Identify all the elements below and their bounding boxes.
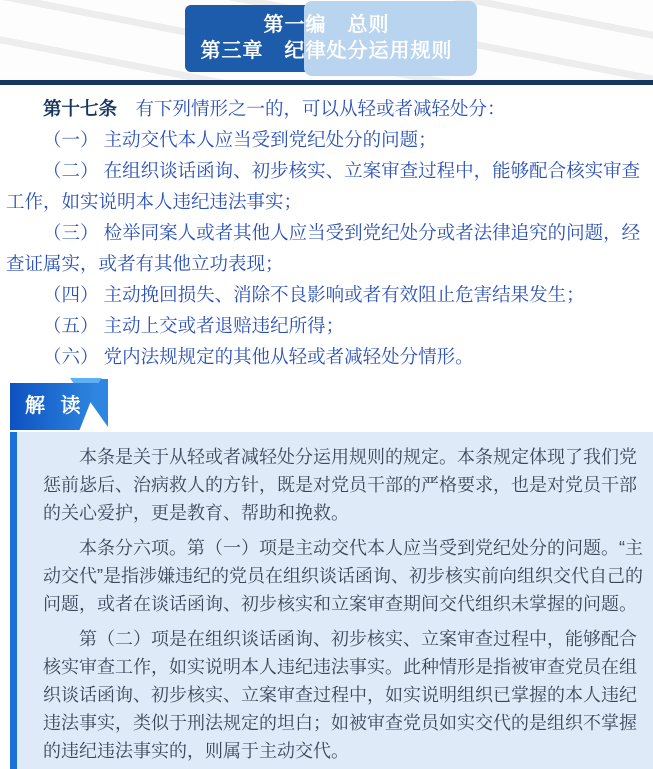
interpretation-accent-bar bbox=[10, 432, 17, 769]
interpretation-paragraph-1: 本条是关于从轻或者减轻处分运用规则的规定。本条规定体现了我们党惩前毖后、治病救人… bbox=[43, 443, 651, 527]
statute-item-1: （一） 主动交代本人应当受到党纪处分的问题； bbox=[6, 124, 647, 155]
document-page: 第一编 总则 第三章 纪律处分运用规则 第十七条 有下列情形之一的，可以从轻或者… bbox=[0, 0, 653, 769]
interpretation-text-box: 本条是关于从轻或者减轻处分运用规则的规定。本条规定体现了我们党惩前毖后、治病救人… bbox=[17, 432, 653, 769]
statute-item-5: （五） 主动上交或者退赔违纪所得； bbox=[6, 310, 647, 341]
interpretation-section: 解 读 本条是关于从轻或者减轻处分运用规则的规定。本条规定体现了我们党惩前毖后、… bbox=[0, 378, 653, 769]
statute-item-4: （四） 主动挽回损失、消除不良影响或者有效阻止危害结果发生； bbox=[6, 279, 647, 310]
statute-item-2: （二） 在组织谈话函询、初步核实、立案审查过程中，能够配合核实审查工作，如实说明… bbox=[6, 155, 647, 217]
header-banner: 第一编 总则 第三章 纪律处分运用规则 bbox=[0, 0, 653, 85]
interpretation-body: 本条是关于从轻或者减轻处分运用规则的规定。本条规定体现了我们党惩前毖后、治病救人… bbox=[0, 432, 653, 769]
interpretation-badge: 解 读 bbox=[10, 378, 130, 430]
chapter-title: 第三章 纪律处分运用规则 bbox=[201, 38, 453, 64]
statute-item-3: （三） 检举同案人或者其他人应当受到党纪处分或者法律追究的问题，经查证属实，或者… bbox=[6, 217, 647, 279]
statute-section: 第十七条 有下列情形之一的，可以从轻或者减轻处分： （一） 主动交代本人应当受到… bbox=[0, 85, 653, 372]
interpretation-badge-label: 解 读 bbox=[10, 383, 98, 430]
statute-lead: 第十七条 有下列情形之一的，可以从轻或者减轻处分： bbox=[6, 93, 647, 124]
statute-article-number: 第十七条 bbox=[43, 98, 117, 119]
statute-item-6: （六） 党内法规规定的其他从轻或者减轻处分情形。 bbox=[6, 341, 647, 372]
part-title: 第一编 总则 bbox=[201, 12, 453, 38]
interpretation-paragraph-2: 本条分六项。第（一）项是主动交代本人应当受到党纪处分的问题。“主动交代”是指涉嫌… bbox=[43, 534, 651, 618]
chapter-title-box: 第一编 总则 第三章 纪律处分运用规则 bbox=[185, 5, 469, 72]
statute-lead-text: 有下列情形之一的，可以从轻或者减轻处分： bbox=[117, 98, 506, 119]
interpretation-paragraph-3: 第（二）项是在组织谈话函询、初步核实、立案审查过程中，能够配合核实审查工作，如实… bbox=[43, 625, 651, 765]
